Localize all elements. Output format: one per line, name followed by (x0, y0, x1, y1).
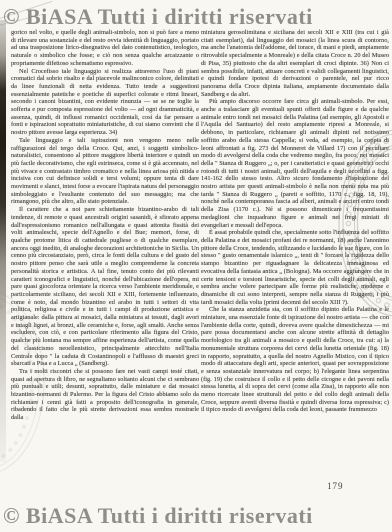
paragraph: Tra i molti riscontri che si possono far… (11, 368, 199, 422)
paragraph: Nel Crocefisso tale linguaggio si realiz… (11, 68, 199, 137)
watermark-bottom: © BiASA Tutti i diritti riservati (3, 503, 313, 529)
paragraph: Più ampio discorso occorre fare circa gl… (201, 98, 389, 229)
paragraph: Il carattere che a noi pare schiettament… (11, 206, 199, 368)
book-gutter-shadow (0, 20, 6, 462)
watermark-top: © BiASA Tutti i diritti riservati (3, 4, 313, 30)
paragraph: È assai probabile quindi che, specialmen… (201, 229, 389, 306)
text-column-left: gorico nel volto, e quelle degli animali… (11, 29, 199, 422)
paragraph: Tale linguaggio e tali ispirazioni non v… (11, 137, 199, 206)
paragraph: gorico nel volto, e quelle degli animali… (11, 29, 199, 68)
scanned-book-page: © BiASA Tutti i diritti riservati gorico… (0, 0, 392, 532)
paragraph: Che la stanza anzidetta sia, con il soff… (201, 306, 389, 414)
paragraph: miniatura gerosolimitana e siciliana dei… (201, 29, 389, 98)
page-number: 179 (327, 481, 344, 491)
text-column-right: miniatura gerosolimitana e siciliana dei… (201, 29, 389, 414)
